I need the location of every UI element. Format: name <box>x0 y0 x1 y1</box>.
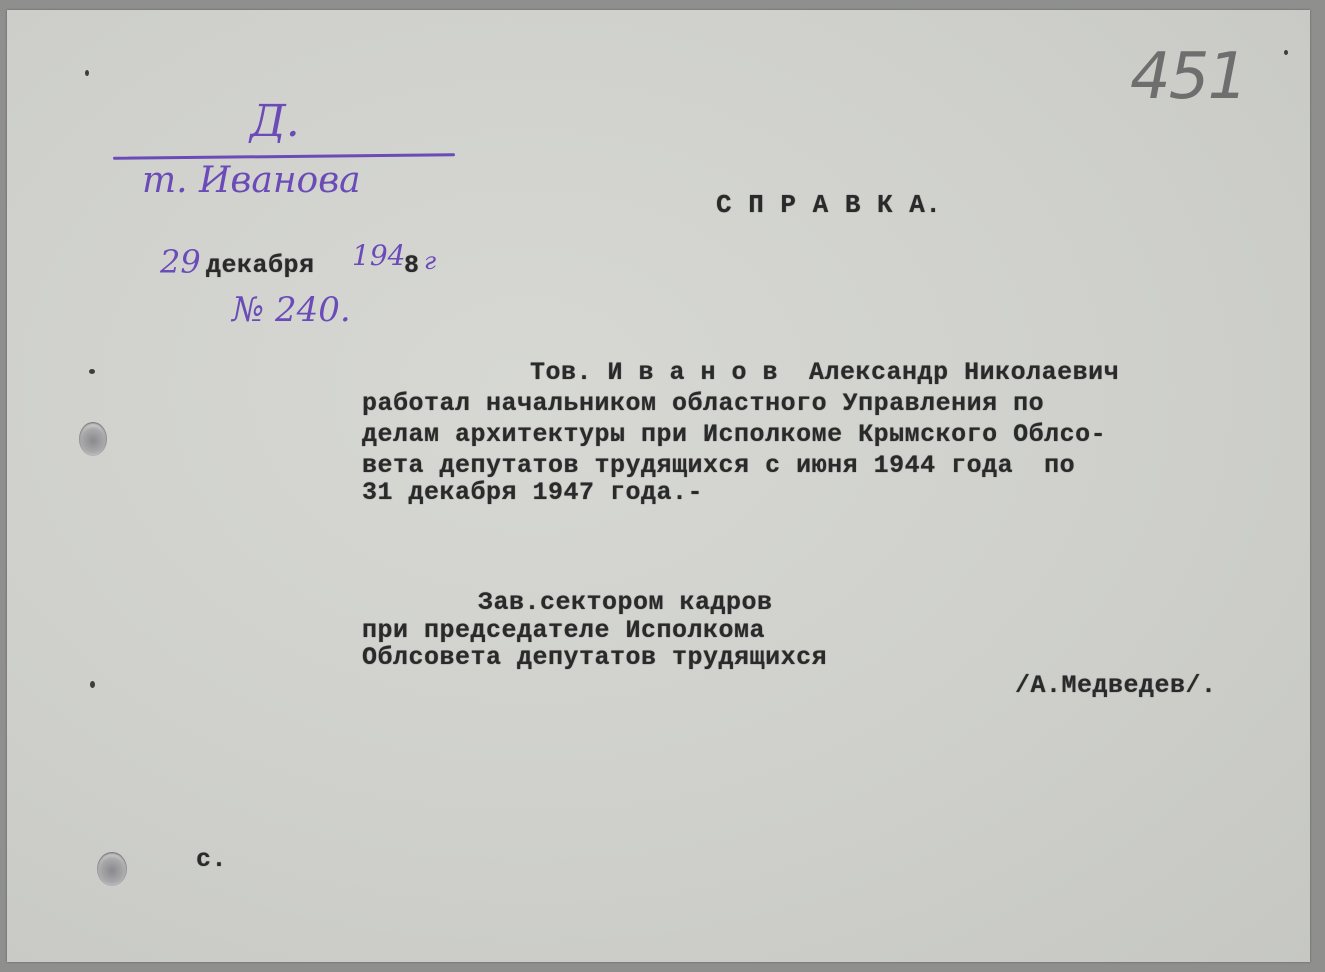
signature-title-line-3: Облсовета депутатов трудящихся <box>362 643 827 673</box>
punch-hole <box>97 852 127 886</box>
footer-mark: с. <box>196 845 227 875</box>
date-year-suffix: 8 <box>404 251 420 281</box>
archive-page-number: 451 <box>1130 40 1246 114</box>
body-line-5: 31 декабря 1947 года.- <box>362 478 703 508</box>
paper-speck <box>1284 50 1288 55</box>
body-line-4: вета депутатов трудящихся с июня 1944 го… <box>362 451 1075 481</box>
date-day: 29 <box>160 243 201 281</box>
document-title: С П Р А В К А. <box>716 190 941 220</box>
body-line-3: делам архитектуры при Исполкоме Крымског… <box>362 420 1106 450</box>
punch-hole <box>79 422 107 456</box>
date-year-prefix: 194 <box>352 239 405 272</box>
resolution-addressee: т. Иванова <box>142 160 361 201</box>
paper-speck <box>85 70 89 76</box>
signature-title-line-2: при председателе Исполкома <box>362 616 765 646</box>
resolution-initial: Д. <box>250 96 300 147</box>
body-line-2: работал начальником областного Управлени… <box>362 389 1044 419</box>
paper-speck <box>89 369 95 374</box>
date-year-g: г <box>424 247 436 275</box>
document-number: № 240. <box>232 290 351 330</box>
date-month: декабря <box>206 251 315 281</box>
signature-title-line-1: Зав.сектором кадров <box>478 588 773 618</box>
paper-speck <box>90 681 95 688</box>
body-line-1: Тов. И в а н о в Александр Николаевич <box>530 358 1119 388</box>
signer-name: /А.Медведев/. <box>1015 671 1217 701</box>
